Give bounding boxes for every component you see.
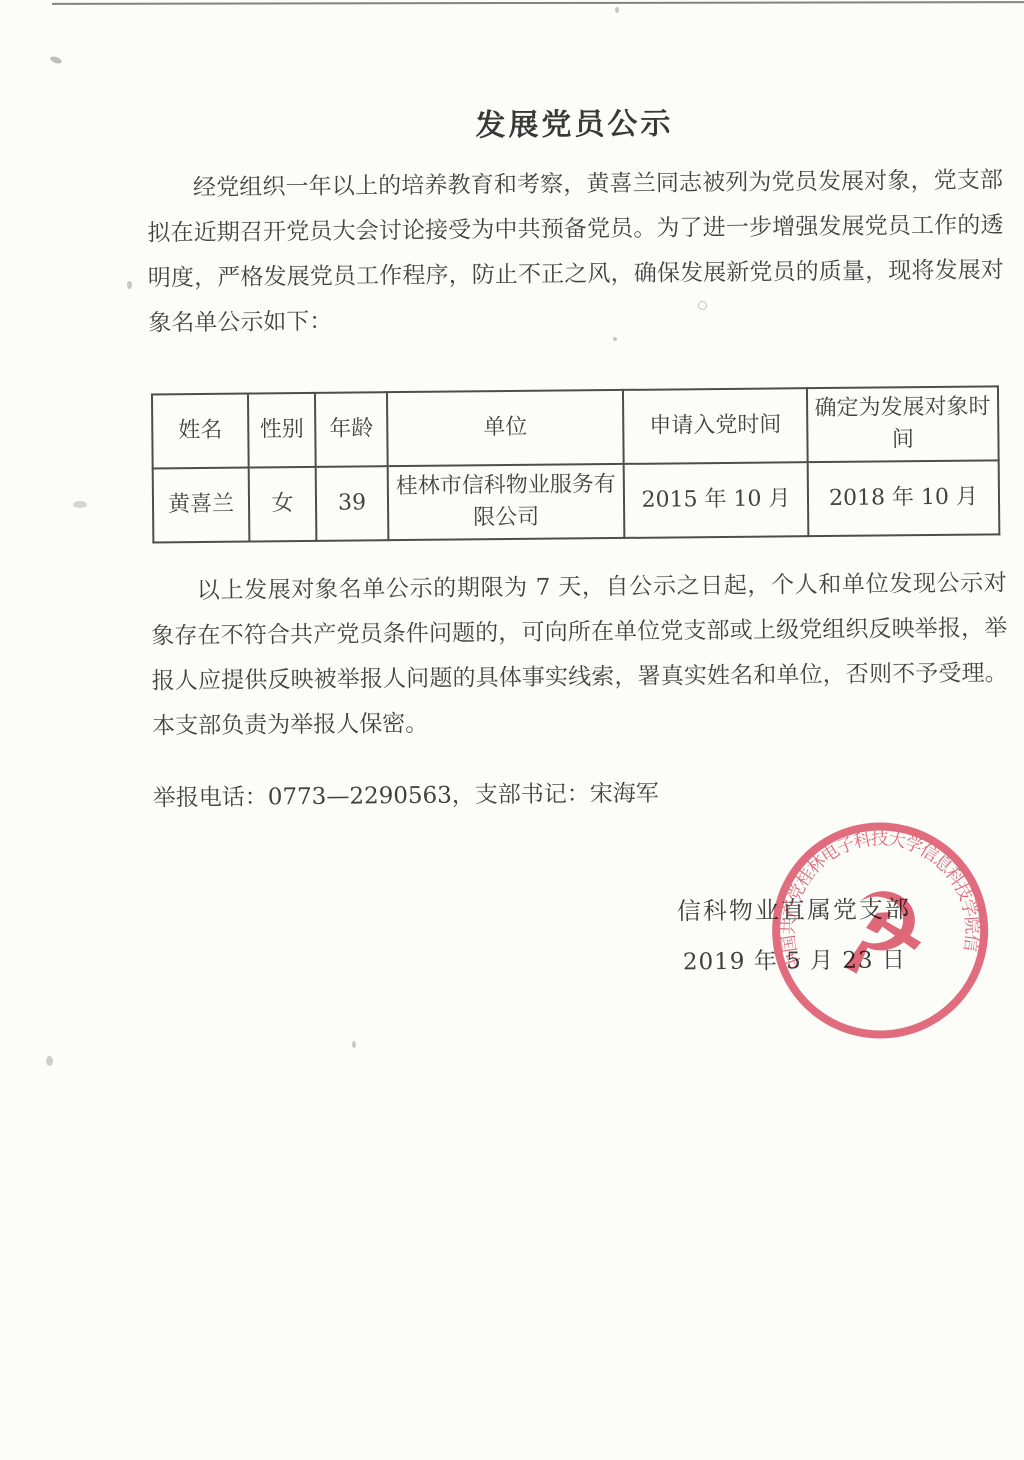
table-header-row: 姓名 性别 年龄 单位 申请入党时间 确定为发展对象时间 bbox=[152, 386, 999, 468]
table-row: 黄喜兰 女 39 桂林市信科物业服务有限公司 2015 年 10 月 2018 … bbox=[153, 460, 1000, 542]
cell-unit: 桂林市信科物业服务有限公司 bbox=[388, 464, 625, 540]
official-seal: 中国共产党桂林电子科技大学信息科技学院信科物业直属支部委员会 ☭ bbox=[734, 784, 1024, 1076]
header-name: 姓名 bbox=[152, 394, 249, 469]
cell-name: 黄喜兰 bbox=[153, 468, 250, 543]
cell-apply-date: 2015 年 10 月 bbox=[624, 462, 809, 538]
intro-paragraph: 经党组织一年以上的培养教育和考察，黄喜兰同志被列为党员发展对象，党支部拟在近期召… bbox=[147, 158, 1005, 346]
header-unit: 单位 bbox=[387, 390, 624, 466]
notice-paragraph: 以上发展对象名单公示的期限为 7 天，自公示之日起，个人和单位发现公示对象存在不… bbox=[151, 561, 1009, 749]
document-content: 发展党员公示 经党组织一年以上的培养教育和考察，黄喜兰同志被列为党员发展对象，党… bbox=[0, 0, 1024, 1460]
candidate-table: 姓名 性别 年龄 单位 申请入党时间 确定为发展对象时间 黄喜兰 女 39 桂林… bbox=[151, 385, 1000, 543]
cell-fixed-date: 2018 年 10 月 bbox=[808, 460, 1000, 536]
header-apply-date: 申请入党时间 bbox=[623, 388, 808, 464]
page-title: 发展党员公示 bbox=[146, 95, 1002, 147]
hammer-sickle-icon: ☭ bbox=[825, 866, 935, 1001]
scanned-document-page: 发展党员公示 经党组织一年以上的培养教育和考察，黄喜兰同志被列为党员发展对象，党… bbox=[0, 0, 1024, 1460]
header-age: 年龄 bbox=[315, 392, 388, 467]
header-fixed-date: 确定为发展对象时间 bbox=[807, 386, 999, 462]
cell-sex: 女 bbox=[249, 467, 317, 542]
header-sex: 性别 bbox=[248, 393, 316, 468]
cell-age: 39 bbox=[316, 466, 389, 541]
